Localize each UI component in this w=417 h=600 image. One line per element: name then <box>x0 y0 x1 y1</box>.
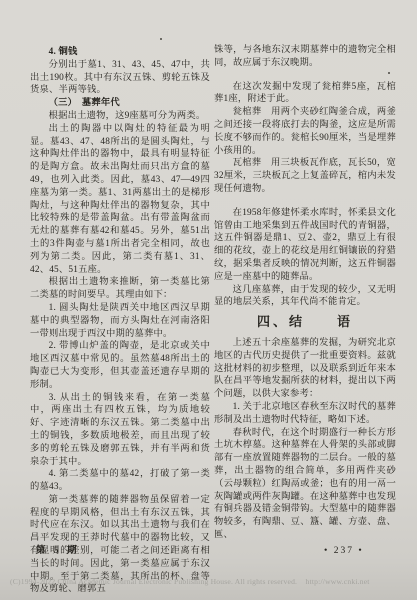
paragraph: 上述五十余座墓葬的发掘，为研究北京地区的古代历史提供了一批重要资料。兹就这批材料… <box>214 337 396 401</box>
paragraph: 根据出土遗物，这9座墓可分为两类。 <box>30 110 210 123</box>
section-heading: 四、结 语 <box>214 316 396 329</box>
journal-page: 4. 铜钱分别出于墓1、31、43、45、47中，共出土190枚。其中有东汉五铢… <box>0 0 417 600</box>
paragraph: 分别出于墓1、31、43、45、47中，共出土190枚。其中有东汉五铢、剪轮五铢… <box>30 59 210 97</box>
paragraph: 4. 第二类墓中的墓42，打破了第一类的墓43。 <box>30 468 210 494</box>
paragraph-spacer <box>214 70 396 81</box>
left-text-column: 4. 铜钱分别出于墓1、31、43、45、47中，共出土190枚。其中有东汉五铢… <box>30 46 210 596</box>
scan-speck <box>160 38 162 40</box>
paragraph: 出土的陶器中以陶灶的特征最为明显。墓43、47、48所出的是圆头陶灶，与这种陶灶… <box>30 123 210 277</box>
copyright-watermark: (C)1994-2022 China Academic Journal Elec… <box>10 577 414 586</box>
paragraph: 1. 关于北京地区春秋至东汉时代的墓葬形制及出土遗物时代特征，略如下述。 <box>214 401 396 427</box>
paragraph: 瓦棺葬 用三块板瓦作底，瓦长50，宽32厘米，三块板瓦之上复盖碎瓦，棺内未发现任… <box>214 157 396 195</box>
issue-label: 第 5 期 <box>36 542 80 556</box>
paragraph: 1. 圆头陶灶是陕西关中地区西汉早期墓中的典型器物，而方头陶灶在河南洛阳一带则出… <box>30 302 210 340</box>
paragraph: 在1958年修建怀柔水库时，怀柔县文化馆曾由工地采集到五件战国时代的青铜器，这五… <box>214 207 396 284</box>
page-number: • 237 • <box>324 546 364 556</box>
paragraph: 这几座墓葬，由于发现的较少，又无明显的地层关系，其年代尚不能肯定。 <box>214 284 396 310</box>
paragraph: 在这次发掘中发现了瓮棺葬5座，瓦棺葬1座，附述于此。 <box>214 81 396 107</box>
paragraph: 瓮棺葬 用两个夹砂红陶釜合成，两釜之间还接一段将底打去的陶釜，这应是所需长度不够… <box>214 106 396 157</box>
subsection-heading: 4. 铜钱 <box>30 46 210 59</box>
paragraph: 根据出土遗物来推断，第一类墓比第二类墓的时间要早。其理由如下： <box>30 276 210 302</box>
scan-speck <box>388 72 390 74</box>
paragraph-spacer <box>214 196 396 207</box>
paragraph: 3. 从出土的铜钱来看，在第一类墓中，两座出土有四枚五铢，均为质地较好、字迹清晰… <box>30 392 210 469</box>
paragraph: 铢等，与各地东汉末期墓葬中的遗物完全相同，故应属于东汉晚期。 <box>214 44 396 70</box>
paragraph: 春秋时代，在这个时期盛行一种长方形土坑木椁墓。这种墓葬在人骨架的头部或脚部有一座… <box>214 427 396 542</box>
subsection-heading: （三） 墓葬年代 <box>30 97 210 110</box>
paragraph: 2. 带博山炉盖的陶壶，是北京或关中地区西汉墓中常见的。虽然墓48所出土的陶壶已… <box>30 340 210 391</box>
right-text-column: 铢等，与各地东汉末期墓葬中的遗物完全相同，故应属于东汉晚期。在这次发掘中发现了瓮… <box>214 44 396 542</box>
